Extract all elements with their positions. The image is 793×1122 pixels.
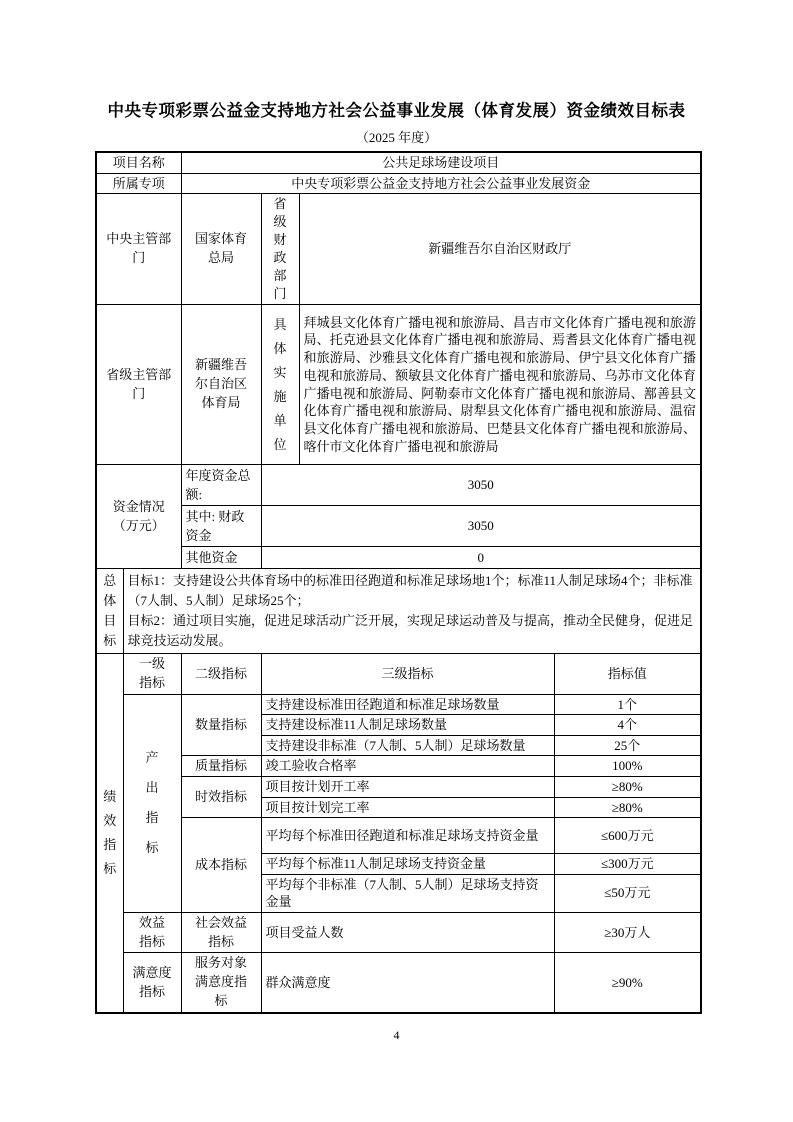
cost-indicator-label: 成本指标 [181, 818, 261, 913]
social-benefit-indicator-label: 社会效益指标 [181, 912, 261, 953]
overall-goal-text: 目标1：支持建设公共体育场中的标准田径跑道和标准足球场地1个；标准11人制足球场… [123, 569, 701, 654]
indicator-name: 支持建设标准11人制足球场数量 [261, 715, 554, 736]
overall-goal-label: 总体目标 [96, 569, 123, 654]
service-target-satisfaction-label: 服务对象满意度指标 [181, 953, 261, 1013]
funding-item-value: 3050 [261, 506, 701, 547]
benefit-indicator-label: 效益指标 [123, 912, 181, 953]
satisfaction-indicator-label: 满意度指标 [123, 953, 181, 1013]
table-row: 省级主管部门 新疆维吾尔自治区体育局 具体实施单位 拜城县文化体育广播电视和旅游… [96, 305, 701, 465]
table-row: 效益指标 社会效益指标 项目受益人数 ≥30万人 [96, 912, 701, 953]
indicator-value: ≤300万元 [554, 854, 701, 875]
table-row: 产出指标 数量指标 支持建设标准田径跑道和标准足球场数量 1个 [96, 694, 701, 715]
output-indicator-label: 产出指标 [123, 694, 181, 912]
indicator-value: ≥80% [554, 797, 701, 818]
indicator-name: 群众满意度 [261, 953, 554, 1013]
funding-item-value: 0 [261, 547, 701, 569]
indicator-value: ≥80% [554, 776, 701, 797]
indicator-name: 平均每个标准田径跑道和标准足球场支持资金量 [261, 818, 554, 854]
central-dept-label: 中央主管部门 [96, 194, 181, 305]
header-level2: 二级指标 [181, 654, 261, 695]
performance-target-table: 项目名称 公共足球场建设项目 所属专项 中央专项彩票公益金支持地方社会公益事业发… [95, 151, 702, 1014]
central-dept-value: 国家体育总局 [181, 194, 261, 305]
table-row: 绩效指标 一级指标 二级指标 三级指标 指标值 [96, 654, 701, 695]
table-row: 所属专项 中央专项彩票公益金支持地方社会公益事业发展资金 [96, 173, 701, 194]
implementing-unit-label: 具体实施单位 [261, 305, 299, 465]
quantity-indicator-label: 数量指标 [181, 694, 261, 756]
table-row: 其中: 财政资金 3050 [96, 506, 701, 547]
indicator-name: 平均每个非标准（7人制、5人制）足球场支持资金量 [261, 874, 554, 912]
indicator-value: ≥30万人 [554, 912, 701, 953]
indicator-name: 项目受益人数 [261, 912, 554, 953]
provincial-dept-value: 新疆维吾尔自治区体育局 [181, 305, 261, 465]
quality-indicator-label: 质量指标 [181, 756, 261, 777]
project-name-label: 项目名称 [96, 152, 181, 173]
header-level3: 三级指标 [261, 654, 554, 695]
goal-2-text: 目标2：通过项目实施，促进足球活动广泛开展，实现足球运动普及与提高，推动全民健身… [128, 611, 697, 651]
funding-item-value: 3050 [261, 465, 701, 506]
indicator-name: 项目按计划开工率 [261, 776, 554, 797]
provincial-dept-label: 省级主管部门 [96, 305, 181, 465]
funding-item-label: 其中: 财政资金 [181, 506, 261, 547]
table-row: 其他资金 0 [96, 547, 701, 569]
indicator-name: 平均每个标准11人制足球场支持资金量 [261, 854, 554, 875]
funding-item-label: 年度资金总额: [181, 465, 261, 506]
timeliness-indicator-label: 时效指标 [181, 776, 261, 817]
indicator-value: ≥90% [554, 953, 701, 1013]
document-page: { "page": { "title": "中央专项彩票公益金支持地方社会公益事… [0, 0, 793, 1122]
table-row: 成本指标 平均每个标准田径跑道和标准足球场支持资金量 ≤600万元 [96, 818, 701, 854]
table-row: 满意度指标 服务对象满意度指标 群众满意度 ≥90% [96, 953, 701, 1013]
indicator-value: 100% [554, 756, 701, 777]
funding-item-label: 其他资金 [181, 547, 261, 569]
provincial-finance-dept-value: 新疆维吾尔自治区财政厅 [299, 194, 701, 305]
indicator-name: 竣工验收合格率 [261, 756, 554, 777]
funding-label: 资金情况（万元） [96, 465, 181, 569]
table-row: 项目名称 公共足球场建设项目 [96, 152, 701, 173]
header-level1: 一级指标 [123, 654, 181, 695]
table-row: 时效指标 项目按计划开工率 ≥80% [96, 776, 701, 797]
page-number: 4 [0, 1028, 793, 1043]
project-name-value: 公共足球场建设项目 [181, 152, 701, 173]
implementing-unit-value: 拜城县文化体育广播电视和旅游局、昌吉市文化体育广播电视和旅游局、托克逊县文化体育… [299, 305, 701, 465]
indicator-name: 支持建设标准田径跑道和标准足球场数量 [261, 694, 554, 715]
document-subtitle: （2025 年度） [0, 127, 793, 146]
indicator-value: 1个 [554, 694, 701, 715]
provincial-finance-dept-label: 省级财政部门 [261, 194, 299, 305]
indicator-name: 项目按计划完工率 [261, 797, 554, 818]
indicator-value: ≤50万元 [554, 874, 701, 912]
table-row: 质量指标 竣工验收合格率 100% [96, 756, 701, 777]
parent-program-label: 所属专项 [96, 173, 181, 194]
indicator-value: 4个 [554, 715, 701, 736]
parent-program-value: 中央专项彩票公益金支持地方社会公益事业发展资金 [181, 173, 701, 194]
header-value: 指标值 [554, 654, 701, 695]
document-title: 中央专项彩票公益金支持地方社会公益事业发展（体育发展）资金绩效目标表 [0, 0, 793, 121]
goal-1-text: 目标1：支持建设公共体育场中的标准田径跑道和标准足球场地1个；标准11人制足球场… [128, 571, 697, 611]
performance-indicators-label: 绩效指标 [96, 654, 123, 1013]
table-row: 总体目标 目标1：支持建设公共体育场中的标准田径跑道和标准足球场地1个；标准11… [96, 569, 701, 654]
table-row: 资金情况（万元） 年度资金总额: 3050 [96, 465, 701, 506]
indicator-value: ≤600万元 [554, 818, 701, 854]
table-row: 中央主管部门 国家体育总局 省级财政部门 新疆维吾尔自治区财政厅 [96, 194, 701, 305]
indicator-value: 25个 [554, 735, 701, 756]
indicator-name: 支持建设非标准（7人制、5人制）足球场数量 [261, 735, 554, 756]
